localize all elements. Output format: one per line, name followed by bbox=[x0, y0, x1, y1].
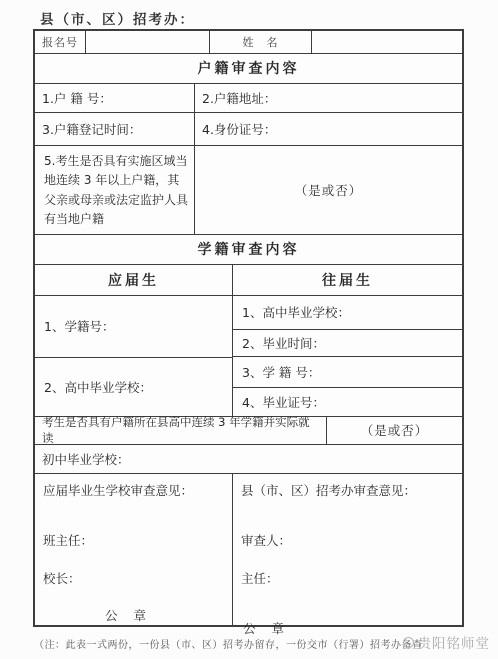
xueji-body: 1、学籍号： 2、高中毕业学校： 1、高中毕业学校： 2、毕业时间： 3、学 籍… bbox=[35, 295, 462, 416]
xueji-section: 学籍审查内容 bbox=[35, 234, 462, 264]
school-opinion-title: 应届毕业生学校审查意见： bbox=[43, 481, 224, 499]
hukou-question-5-answer: （是或否） bbox=[195, 146, 462, 234]
hukou-section: 户籍审查内容 bbox=[35, 53, 462, 83]
watermark-logo-icon bbox=[403, 637, 414, 648]
reg-no-label: 报名号 bbox=[35, 31, 86, 53]
reg-no-value-cell bbox=[86, 31, 210, 53]
class-teacher-label: 班主任： bbox=[43, 531, 224, 549]
hukou-no-label: 1.户 籍 号： bbox=[35, 84, 195, 112]
current-xueji-no-label: 1、学籍号： bbox=[35, 296, 232, 357]
current-grad-header: 应届生 bbox=[35, 265, 233, 294]
school-opinion-cell: 应届毕业生学校审查意见： 班主任： 校长： 公 章 bbox=[35, 474, 233, 625]
hukou-row-1: 1.户 籍 号： 2.户籍地址： bbox=[35, 83, 462, 112]
hukou-reg-time-label: 3.户籍登记时间： bbox=[35, 113, 195, 144]
hukou-question-5: 5.考生是否具有实施区域当地连续 3 年以上户籍，其父亲或母亲或法定监护人具有当… bbox=[35, 146, 195, 234]
grad-type-header-row: 应届生 往届生 bbox=[35, 264, 462, 294]
former-xueji-no-label: 3、学 籍 号： bbox=[233, 356, 462, 387]
opinion-row: 应届毕业生学校审查意见： 班主任： 校长： 公 章 县（市、区）招考办审查意见：… bbox=[35, 473, 462, 625]
middle-school-label: 初中毕业学校： bbox=[35, 445, 462, 473]
hukou-row-2: 3.户籍登记时间： 4.身份证号： bbox=[35, 112, 462, 144]
form-title: 县（市、区）招考办： bbox=[40, 8, 195, 28]
school-seal-label: 公 章 bbox=[105, 606, 224, 624]
name-label: 姓 名 bbox=[210, 31, 312, 53]
middle-school-row: 初中毕业学校： bbox=[35, 444, 462, 473]
former-hs-school-label: 1、高中毕业学校： bbox=[233, 296, 462, 330]
former-grad-header: 往届生 bbox=[233, 265, 462, 294]
residency-answer: （是或否） bbox=[327, 417, 462, 444]
name-value-cell bbox=[312, 31, 462, 53]
hukou-row-3: 5.考生是否具有实施区域当地连续 3 年以上户籍，其父亲或母亲或法定监护人具有当… bbox=[35, 145, 462, 234]
office-opinion-cell: 县（市、区）招考办审查意见： 审查人： 主任： 公 章 bbox=[233, 474, 462, 625]
former-grad-time-label: 2、毕业时间： bbox=[233, 329, 462, 356]
header-row: 报名号 姓 名 bbox=[35, 31, 462, 53]
form-sheet: 县（市、区）招考办： 报名号 姓 名 户籍审查内容 1.户 籍 号： 2.户籍地… bbox=[0, 0, 498, 659]
residency-question: 考生是否具有户籍所在县高中连续 3 年学籍并实际就读 bbox=[35, 417, 327, 444]
former-diploma-no-label: 4、毕业证号： bbox=[233, 387, 462, 415]
residency-row: 考生是否具有户籍所在县高中连续 3 年学籍并实际就读 （是或否） bbox=[35, 416, 462, 444]
review-form-table: 报名号 姓 名 户籍审查内容 1.户 籍 号： 2.户籍地址： 3.户籍登记时间… bbox=[33, 29, 464, 627]
hukou-section-title: 户籍审查内容 bbox=[35, 54, 462, 83]
current-grad-column: 1、学籍号： 2、高中毕业学校： bbox=[35, 296, 233, 416]
id-number-label: 4.身份证号： bbox=[195, 113, 462, 144]
former-grad-column: 1、高中毕业学校： 2、毕业时间： 3、学 籍 号： 4、毕业证号： bbox=[233, 296, 462, 416]
watermark: 贵阳铭师堂 bbox=[403, 632, 491, 652]
hukou-address-label: 2.户籍地址： bbox=[195, 84, 462, 112]
current-hs-school-label: 2、高中毕业学校： bbox=[35, 357, 232, 416]
xueji-section-title: 学籍审查内容 bbox=[35, 235, 462, 264]
director-label: 主任： bbox=[241, 569, 454, 587]
reviewer-label: 审查人： bbox=[241, 531, 454, 549]
principal-label: 校长： bbox=[43, 569, 224, 587]
footer-note: （注：此表一式两份，一份县（市、区）招考办留存，一份交市（行署）招考办备查 bbox=[34, 636, 423, 651]
office-opinion-title: 县（市、区）招考办审查意见： bbox=[241, 481, 454, 499]
watermark-text: 贵阳铭师堂 bbox=[418, 632, 491, 652]
